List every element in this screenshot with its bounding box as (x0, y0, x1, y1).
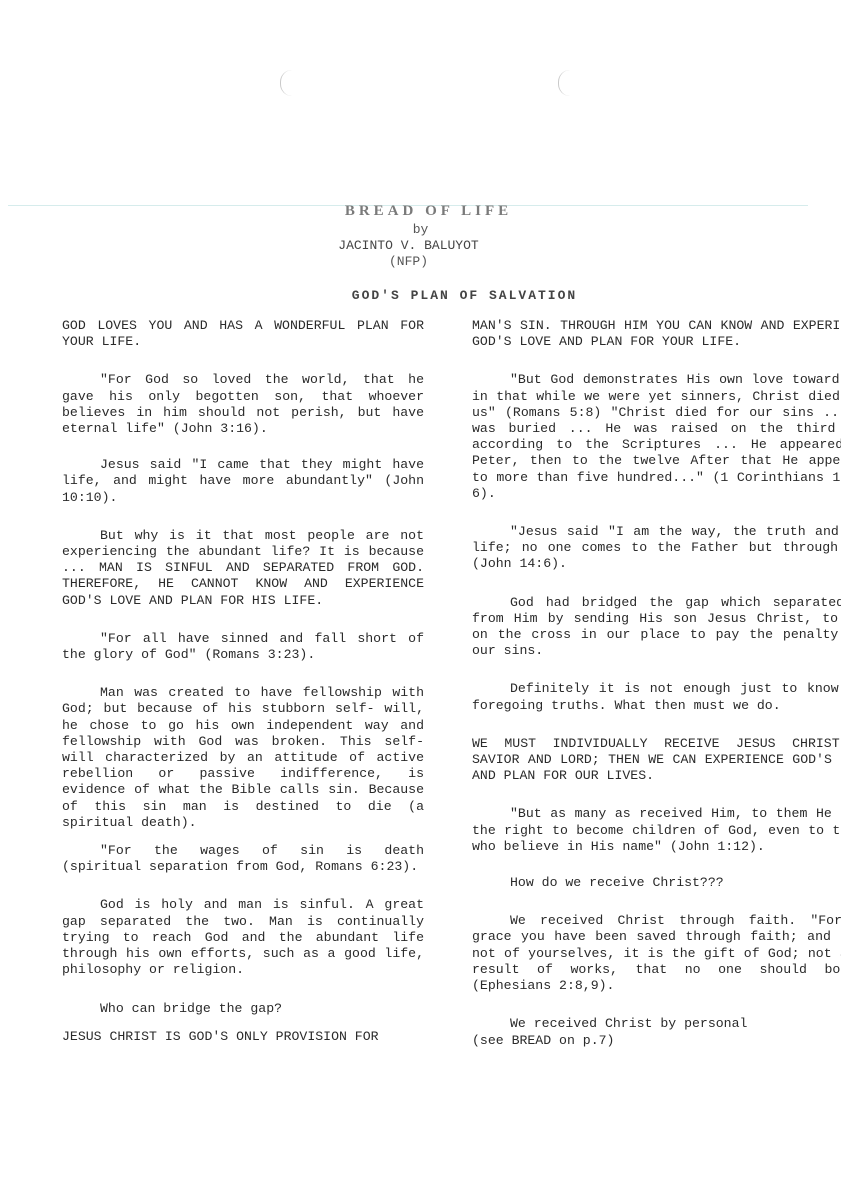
paragraph: "For the wages of sin is death (spiritua… (62, 843, 424, 875)
author-name: JACINTO V. BALUYOT (0, 238, 829, 253)
paragraph: "But God demonstrates His own love towar… (472, 372, 841, 502)
paragraph-spacer (62, 663, 424, 685)
paragraph-spacer (62, 609, 424, 631)
paragraph: WE MUST INDIVIDUALLY RECEIVE JESUS CHRIS… (472, 736, 841, 785)
punch-hole-mark (558, 70, 571, 96)
paragraph-spacer (472, 502, 841, 524)
paragraph: God had bridged the gap which separated … (472, 595, 841, 660)
byline: by (0, 222, 841, 237)
right-text-column: MAN'S SIN. THROUGH HIM YOU CAN KNOW AND … (472, 318, 841, 1049)
paragraph: Who can bridge the gap? (62, 1001, 424, 1017)
punch-hole-mark (280, 70, 293, 96)
paragraph: How do we receive Christ??? (472, 875, 841, 891)
paragraph-spacer (62, 350, 424, 372)
paragraph: "For God so loved the world, that he gav… (62, 372, 424, 437)
paragraph: We received Christ by personal (472, 1016, 841, 1032)
paragraph: Jesus said "I came that they might have … (62, 457, 424, 506)
paragraph: GOD LOVES YOU AND HAS A WONDERFUL PLAN F… (62, 318, 424, 350)
paragraph: JESUS CHRIST IS GOD'S ONLY PROVISION FOR (62, 1029, 424, 1045)
paragraph-spacer (62, 831, 424, 843)
paragraph-spacer (62, 1017, 424, 1029)
paragraph-spacer (472, 714, 841, 736)
paragraph-spacer (62, 979, 424, 1001)
paragraph-spacer (472, 891, 841, 913)
author-organization: (NFP) (0, 254, 829, 269)
paragraph: We received Christ through faith. "For b… (472, 913, 841, 994)
document-page: BREAD OF LIFE by JACINTO V. BALUYOT (NFP… (0, 0, 841, 1189)
section-heading: GOD'S PLAN OF SALVATION (44, 288, 841, 303)
right-column-clip: MAN'S SIN. THROUGH HIM YOU CAN KNOW AND … (472, 318, 841, 1118)
paragraph: Definitely it is not enough just to know… (472, 681, 841, 713)
paragraph-spacer (62, 875, 424, 897)
continuation-note: (see BREAD on p.7) (472, 1033, 822, 1049)
paragraph: MAN'S SIN. THROUGH HIM YOU CAN KNOW AND … (472, 318, 841, 350)
paragraph: Man was created to have fellowship with … (62, 685, 424, 831)
paragraph-spacer (62, 437, 424, 457)
paragraph: "But as many as received Him, to them He… (472, 806, 841, 855)
left-text-column: GOD LOVES YOU AND HAS A WONDERFUL PLAN F… (62, 318, 424, 1045)
paragraph-spacer (472, 994, 841, 1016)
paragraph: "For all have sinned and fall short of t… (62, 631, 424, 663)
paragraph: "Jesus said "I am the way, the truth and… (472, 524, 841, 573)
document-title: BREAD OF LIFE (8, 203, 841, 220)
paragraph-spacer (472, 350, 841, 372)
paragraph-spacer (472, 573, 841, 595)
paragraph-spacer (62, 506, 424, 528)
paragraph: But why is it that most people are not e… (62, 528, 424, 609)
paragraph: God is holy and man is sinful. A great g… (62, 897, 424, 978)
paragraph-spacer (472, 659, 841, 681)
paragraph-spacer (472, 855, 841, 875)
paragraph-spacer (472, 784, 841, 806)
